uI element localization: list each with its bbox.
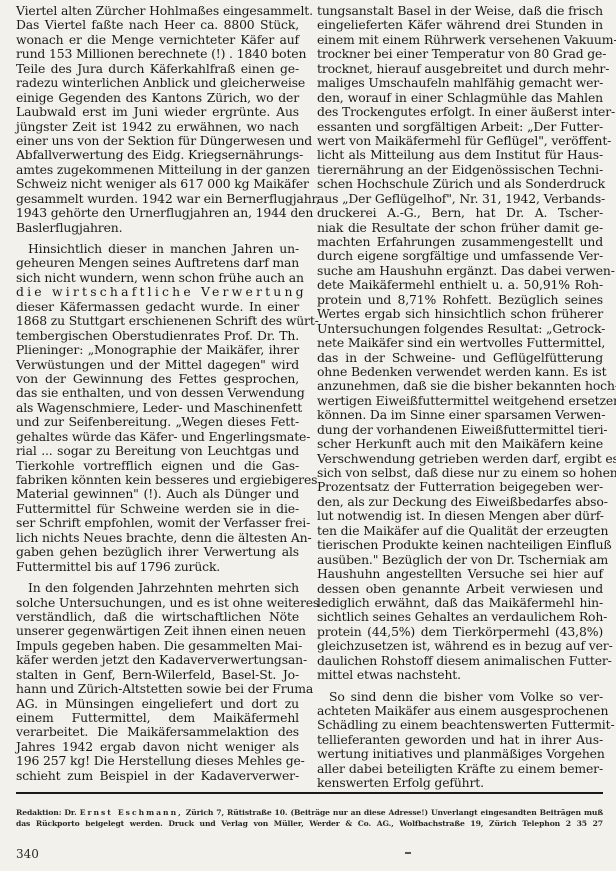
text-line: käfer werden jetzt den Kadaververwertung… <box>16 653 299 667</box>
text-line: dessen oben genannte Arbeit verwiesen un… <box>317 582 603 596</box>
text-line: protein und 8,71% Rohfett. Bezüglich sei… <box>317 293 603 307</box>
text-line: verarbeitet. Die Maikäfersammelaktion de… <box>16 725 299 739</box>
text-line: Das Viertel faßte nach Heer ca. 8800 Stü… <box>16 18 299 32</box>
text-line: verständlich, daß die wirtschaftlichen N… <box>16 610 299 624</box>
text-line: Laubwald erst im Juni wieder ergrünte. A… <box>16 105 299 119</box>
text-line: 196 257 kg! Die Herstellung dieses Mehle… <box>16 754 299 768</box>
text-line: Futtermittel bis auf 1796 zurück. <box>16 560 299 574</box>
text-line: durch eigene sorgfältige und umfassende … <box>317 249 603 263</box>
text-line: können. Da im Sinne einer sparsamen Verw… <box>317 408 603 422</box>
text-line: gleichzusetzen ist, während es in bezug … <box>317 639 603 653</box>
text-line: tierernährung an der Eidgenössischen Tec… <box>317 163 603 177</box>
text-line: Prozentsatz der Futterration beigegeben … <box>317 480 603 494</box>
text-line: wertigen Eiweißfuttermittel weitgehend e… <box>317 394 603 408</box>
text-line: ser Schrift empfohlen, womit der Verfass… <box>16 516 299 530</box>
text-line: wonach er die Menge vernichteter Käfer a… <box>16 33 299 47</box>
text-line: tungsanstalt Basel in der Weise, daß die… <box>317 4 603 18</box>
page-number: 340 <box>16 847 39 861</box>
editor-name: Ernst Eschmann, <box>80 808 183 817</box>
text-line: Hinsichtlich dieser in manchen Jahren un… <box>16 242 299 256</box>
text-line: Schädling zu einem beachtenswerten Futte… <box>317 718 603 732</box>
text-line: gehaltes würde das Käfer- und Engerlings… <box>16 430 299 444</box>
text-line: ten die Maikäfer auf die Qualität der er… <box>317 524 603 538</box>
text-line: trockner bei einer Temperatur von 80 Gra… <box>317 47 603 61</box>
text-line: radezu winterlichen Anblick und gleicher… <box>16 76 299 90</box>
text-line: protein (44,5%) dem Tierkörpermehl (43,8… <box>317 625 603 639</box>
text-line: den, worauf in einer Schlagmühle das Mah… <box>317 91 603 105</box>
text-line: tembergischen Oberstudienrates Prof. Dr.… <box>16 329 299 343</box>
text-line: 1868 zu Stuttgart erschienenen Schrift d… <box>16 314 299 328</box>
text-line: Haushuhn angestellten Versuche sei hier … <box>317 567 603 581</box>
text-line: Abfallverwertung des Eidg. Kriegsernähru… <box>16 148 299 162</box>
text-line: tellieferanten geworden und hat in ihrer… <box>317 733 603 747</box>
text-line: hann und Zürich-Altstetten sowie bei der… <box>16 682 299 696</box>
text-line: Jahres 1942 ergab davon nicht weniger al… <box>16 740 299 754</box>
text-line: dieser Käfermassen gedacht wurde. In ein… <box>16 300 299 314</box>
text-line: suche am Haushuhn ergänzt. Das dabei ver… <box>317 264 603 278</box>
text-line: gaben gehen bezüglich ihrer Verwertung a… <box>16 545 299 559</box>
text-line: Schweiz nicht weniger als 617 000 kg Mai… <box>16 177 299 191</box>
text-line: geheuren Mengen seines Auftretens darf m… <box>16 256 299 270</box>
text-line: fabriken könnten kein besseres und ergie… <box>16 473 299 487</box>
text-line: das sie enthalten, und von dessen Verwen… <box>16 386 299 400</box>
text-line: essanten und sorgfältigen Arbeit: „Der F… <box>317 120 603 134</box>
text-line: Plieninger: „Monographie der Maikäfer, i… <box>16 343 299 357</box>
text-line: ausüben." Bezüglich der von Dr. Tscherni… <box>317 553 603 567</box>
text-line: schen Hochschule Zürich und als Sonderdr… <box>317 177 603 191</box>
text-line: Teile des Jura durch Käferkahlfraß einen… <box>16 62 299 76</box>
text-line: unserer gegenwärtigen Zeit ihnen einen n… <box>16 624 299 638</box>
text-line: gesammelt wurden. 1942 war ein Bernerflu… <box>16 192 299 206</box>
text-line: als Wagenschmiere, Leder- und Maschinenf… <box>16 401 299 415</box>
text-line: scher Herkunft auch mit den Maikäfern ke… <box>317 437 603 451</box>
text-line: lediglich erwähnt, daß das Maikäfermehl … <box>317 596 603 610</box>
text-line: Tierkohle vortrefflich eignen und die Ga… <box>16 459 299 473</box>
text-line: einem mit einem Rührwerk versehenen Vaku… <box>317 33 603 47</box>
text-line: Wertes ergab sich hinsichtlich schon frü… <box>317 307 603 321</box>
text-line: Futtermittel für Schweine werden sie in … <box>16 502 299 516</box>
text-line: aus „Der Geflügelhof", Nr. 31, 1942, Ver… <box>317 192 603 206</box>
text-line: wert von Maikäfermehl für Geflügel", ver… <box>317 134 603 148</box>
text-line: trocknet, hierauf ausgebreitet und durch… <box>317 62 603 76</box>
text-line: lich nichts Neues brachte, denn die älte… <box>16 531 299 545</box>
text-line: rial ... sogar zu Bereitung von Leuchtga… <box>16 444 299 458</box>
text-line: aller dabei beteiligten Kräfte zu einem … <box>317 762 603 776</box>
text-line: jüngster Zeit ist 1942 zu erwähnen, wo n… <box>16 120 299 134</box>
text-line: maliges Umschaufeln mahlfähig gemacht we… <box>317 76 603 90</box>
imprint-prefix: Redaktion: Dr. <box>16 808 77 817</box>
text-line: stalten in Genf, Bern-Wilerfeld, Basel-S… <box>16 668 299 682</box>
imprint-line-1: Redaktion: Dr. Ernst Eschmann, Zürich 7,… <box>16 807 603 818</box>
imprint-line-2: das Rückporto beigelegt werden. Druck un… <box>16 818 603 829</box>
text-line: rund 153 Millionen berechnete (!) . 1840… <box>16 47 299 61</box>
right-column: tungsanstalt Basel in der Weise, daß die… <box>317 4 603 791</box>
text-line: wertung initiatives und planmäßiges Vorg… <box>317 747 603 761</box>
text-line: Viertel alten Zürcher Hohlmaßes eingesam… <box>16 4 299 18</box>
text-line: schieht zum Beispiel in der Kadaververwe… <box>16 769 299 783</box>
text-line: eingelieferten Käfer während drei Stunde… <box>317 18 603 32</box>
text-line: sichtlich seines Gehaltes an verdauliche… <box>317 610 603 624</box>
text-line: Baslerflugjahren. <box>16 221 299 235</box>
text-line: Untersuchungen folgendes Resultat: „Getr… <box>317 322 603 336</box>
imprint-footer: Redaktion: Dr. Ernst Eschmann, Zürich 7,… <box>16 807 603 829</box>
text-line: einer uns von der Sektion für Düngerwese… <box>16 134 299 148</box>
text-line: von der Gewinnung des Fettes gesprochen, <box>16 372 299 386</box>
text-line: daulichen Rohstoff diesem animalischen F… <box>317 654 603 668</box>
text-line: nete Maikäfer sind ein wertvolles Futter… <box>317 336 603 350</box>
imprint-address: Zürich 7, Rütistraße 10. (Beiträge nur a… <box>186 808 603 817</box>
text-line: dung der vorhandenen Eiweißfuttermittel … <box>317 423 603 437</box>
text-line: des Trockengutes erfolgt. In einer äußer… <box>317 105 603 119</box>
text-line: achteten Maikäfer aus einem ausgesproche… <box>317 704 603 718</box>
text-line: sich nicht wundern, wenn schon frühe auc… <box>16 271 299 285</box>
text-line: sich von selbst, daß diese nur zu einem … <box>317 466 603 480</box>
text-line: einem Futtermittel, dem Maikäfermehl <box>16 711 299 725</box>
text-line: Material gewinnen" (!). Auch als Dünger … <box>16 487 299 501</box>
left-column: Viertel alten Zürcher Hohlmaßes eingesam… <box>16 4 299 783</box>
spaced-emphasis-line: die wirtschaftliche Verwertung <box>16 285 299 299</box>
text-line: anzunehmen, daß sie die bisher bekannten… <box>317 379 603 393</box>
text-line: dete Maikäfermehl enthielt u. a. 50,91% … <box>317 278 603 292</box>
document-page: Viertel alten Zürcher Hohlmaßes eingesam… <box>0 0 616 871</box>
footer-divider <box>16 792 603 794</box>
text-line: Verwüstungen und der Mittel dagegen" wir… <box>16 358 299 372</box>
text-line: Verschwendung getrieben werden darf, erg… <box>317 452 603 466</box>
text-line: In den folgenden Jahrzehnten mehrten sic… <box>16 581 299 595</box>
text-line: den, als zur Deckung des Eiweißbedarfes … <box>317 495 603 509</box>
print-mark <box>405 852 411 854</box>
text-line: und zur Seifenbereitung. „Wegen dieses F… <box>16 415 299 429</box>
text-line: AG. in Münsingen eingeliefert und dort z… <box>16 697 299 711</box>
text-line: einige Gegenden des Kantons Zürich, wo d… <box>16 91 299 105</box>
text-line: kenswerten Erfolg geführt. <box>317 776 603 790</box>
text-line: licht als Mitteilung aus dem Institut fü… <box>317 148 603 162</box>
text-line: solche Untersuchungen, und es ist ohne w… <box>16 596 299 610</box>
text-line: druckerei A.-G., Bern, hat Dr. A. Tscher… <box>317 206 603 220</box>
text-line: lut notwendig ist. In diesen Mengen aber… <box>317 509 603 523</box>
text-line: niak die Resultate der schon früher dami… <box>317 221 603 235</box>
text-line: 1943 gehörte den Urnerflugjahren an, 194… <box>16 206 299 220</box>
text-line: So sind denn die bisher vom Volke so ver… <box>317 690 603 704</box>
text-line: ohne Bedenken verwendet werden kann. Es … <box>317 365 603 379</box>
text-line: mittel etwas nachsteht. <box>317 668 603 682</box>
text-line: amtes zugekommenen Mitteilung in der gan… <box>16 163 299 177</box>
text-line: Impuls gegeben haben. Die gesammelten Ma… <box>16 639 299 653</box>
text-line: das in der Schweine- und Geflügelfütteru… <box>317 351 603 365</box>
text-line: tierischen Produkte keinen nachteiligen … <box>317 538 603 552</box>
text-line: machten Erfahrungen zusammengestellt und <box>317 235 603 249</box>
